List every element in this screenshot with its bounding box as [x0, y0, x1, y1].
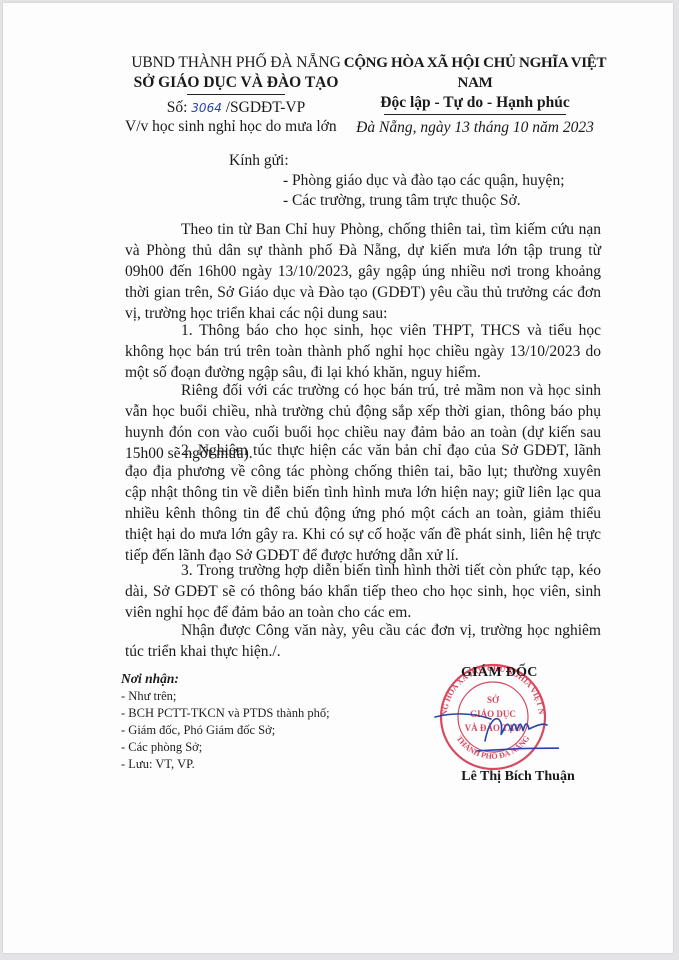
issuer-block: UBND THÀNH PHỐ ĐÀ NẴNG SỞ GIÁO DỤC VÀ ĐÀ…	[121, 53, 351, 119]
issuer-underline	[187, 94, 285, 95]
distribution-title: Nơi nhận:	[121, 670, 330, 688]
signer-name: Lê Thị Bích Thuận	[443, 769, 593, 785]
svg-text:GIÁO DỤC: GIÁO DỤC	[470, 709, 516, 719]
distribution-item: - Các phòng Sở;	[121, 739, 330, 756]
handwritten-number: 3064	[191, 101, 222, 115]
recipient-item: - Các trường, trung tâm trực thuộc Sở.	[283, 192, 521, 210]
distribution-item: - BCH PCTT-TKCN và PTDS thành phố;	[121, 705, 330, 722]
number-suffix: /SGDĐT-VP	[222, 99, 305, 116]
motto-underline	[384, 114, 566, 115]
distribution-item: - Giám đốc, Phó Giám đốc Sở;	[121, 722, 330, 739]
body-paragraph-item-3: 3. Trong trường hợp diễn biến tình hình …	[125, 560, 601, 623]
signature-block: CỘNG HÒA XÃ HỘI CHỦ NGHĨA VIỆT NAM THÀNH…	[443, 661, 593, 791]
body-paragraph-closing: Nhận được Công văn này, yêu cầu các đơn …	[125, 620, 601, 662]
distribution-item: - Như trên;	[121, 688, 330, 705]
body-paragraph-item-2: 2. Nghiêm túc thực hiện các văn bản chỉ …	[125, 440, 601, 566]
distribution-list: Nơi nhận: - Như trên; - BCH PCTT-TKCN và…	[121, 670, 330, 773]
svg-text:THÀNH PHỐ ĐÀ NẴNG: THÀNH PHỐ ĐÀ NẴNG	[455, 734, 532, 761]
issuer-department: SỞ GIÁO DỤC VÀ ĐÀO TẠO	[121, 73, 351, 93]
national-motto: Độc lập - Tự do - Hạnh phúc	[341, 93, 609, 113]
document-page: UBND THÀNH PHỐ ĐÀ NẴNG SỞ GIÁO DỤC VÀ ĐÀ…	[3, 3, 673, 953]
place-date: Đà Nẵng, ngày 13 tháng 10 năm 2023	[341, 117, 609, 139]
document-number: Số: 3064 /SGDĐT-VP	[121, 97, 351, 119]
distribution-item: - Lưu: VT, VP.	[121, 756, 330, 773]
national-header: CỘNG HÒA XÃ HỘI CHỦ NGHĨA VIỆT NAM Độc l…	[341, 53, 609, 139]
issuer-authority: UBND THÀNH PHỐ ĐÀ NẴNG	[121, 53, 351, 73]
number-prefix: Số:	[167, 99, 192, 116]
svg-text:SỞ: SỞ	[487, 695, 500, 705]
signer-title: GIÁM ĐỐC	[461, 665, 538, 681]
document-subject: V/v học sinh nghỉ học do mưa lớn	[125, 118, 337, 136]
body-paragraph-intro: Theo tin từ Ban Chỉ huy Phòng, chống thi…	[125, 219, 601, 324]
national-title: CỘNG HÒA XÃ HỘI CHỦ NGHĨA VIỆT NAM	[341, 53, 609, 93]
recipient-item: - Phòng giáo dục và đào tạo các quận, hu…	[283, 172, 565, 190]
recipients-label: Kính gửi:	[229, 152, 289, 170]
body-paragraph-item-1: 1. Thông báo cho học sinh, học viên THPT…	[125, 320, 601, 383]
